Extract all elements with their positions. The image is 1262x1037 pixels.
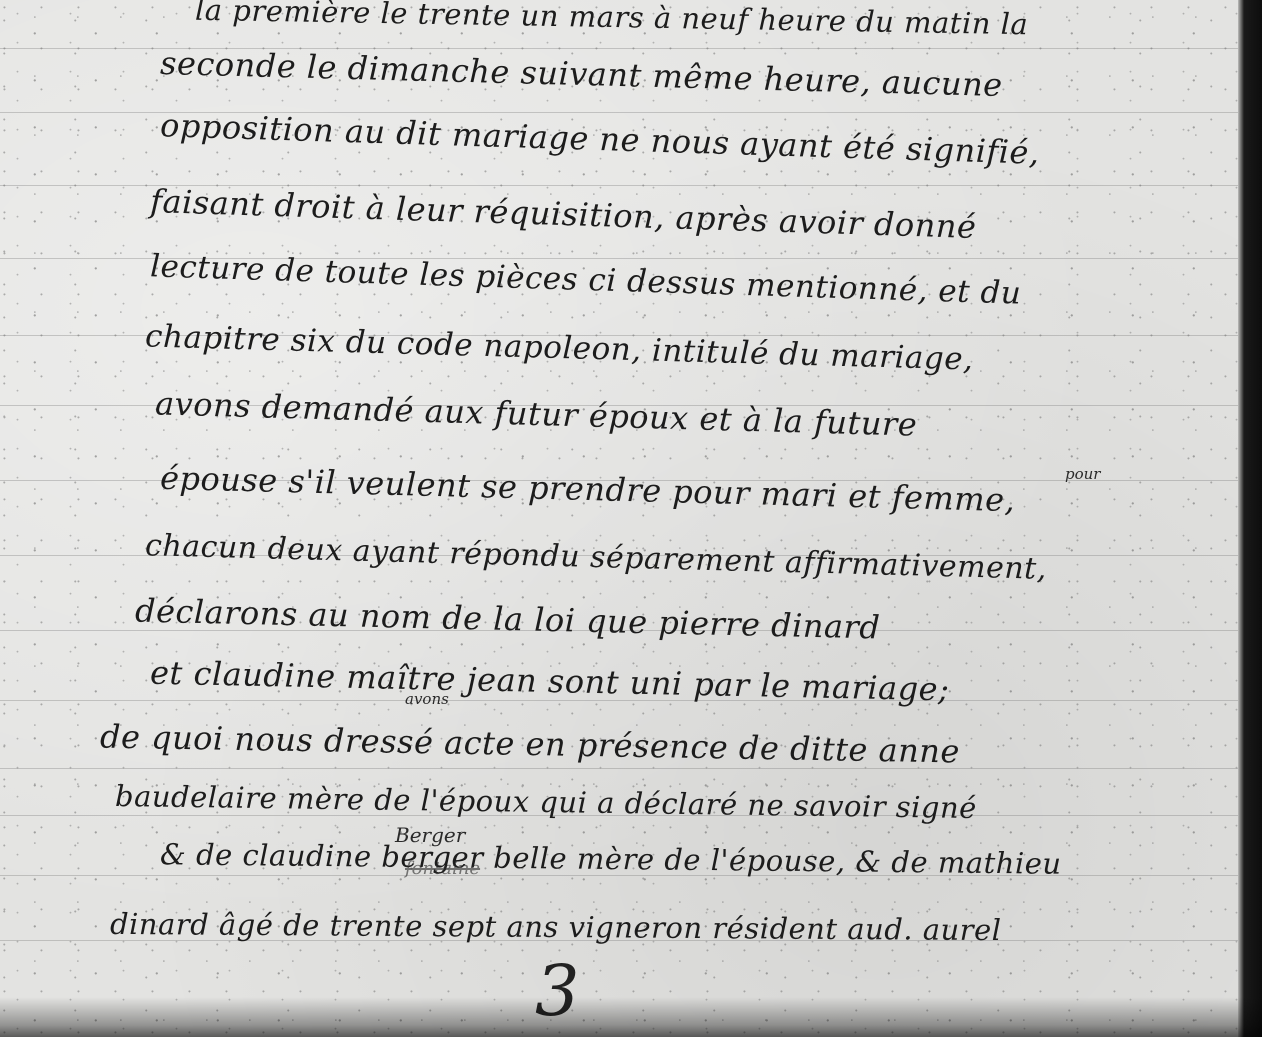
document-scan: la première le trente un mars à neuf heu… [0, 0, 1262, 1037]
insertion-berger: Berger [395, 823, 465, 847]
text-line-9: chacun deux ayant répondu séparement aff… [145, 528, 1047, 587]
text-line-2: seconde le dimanche suivant même heure, … [160, 44, 1003, 104]
struck-out-word: fontaine [405, 858, 480, 879]
insertion-pour: pour [1065, 465, 1100, 483]
text-line-12: de quoi nous dressé acte en présence de … [100, 717, 960, 770]
text-line-13: baudelaire mère de l'époux qui a déclaré… [115, 779, 977, 825]
text-line-7: avons demandé aux futur époux et à la fu… [155, 384, 918, 443]
page-binding-edge [1238, 0, 1262, 1037]
bottom-shadow [0, 997, 1262, 1037]
text-line-3: opposition au dit mariage ne nous ayant … [160, 106, 1041, 172]
text-line-15: dinard âgé de trente sept ans vigneron r… [110, 907, 1002, 947]
text-line-4: faisant droit à leur réquisition, après … [150, 182, 977, 246]
text-line-6: chapitre six du code napoleon, intitulé … [145, 318, 974, 377]
text-line-10: déclarons au nom de la loi que pierre di… [135, 592, 881, 647]
text-line-1: la première le trente un mars à neuf heu… [195, 0, 1029, 41]
ruled-line [0, 768, 1238, 769]
text-line-8: épouse s'il veulent se prendre pour mari… [160, 459, 1016, 519]
insertion-avons: avons [405, 690, 449, 708]
